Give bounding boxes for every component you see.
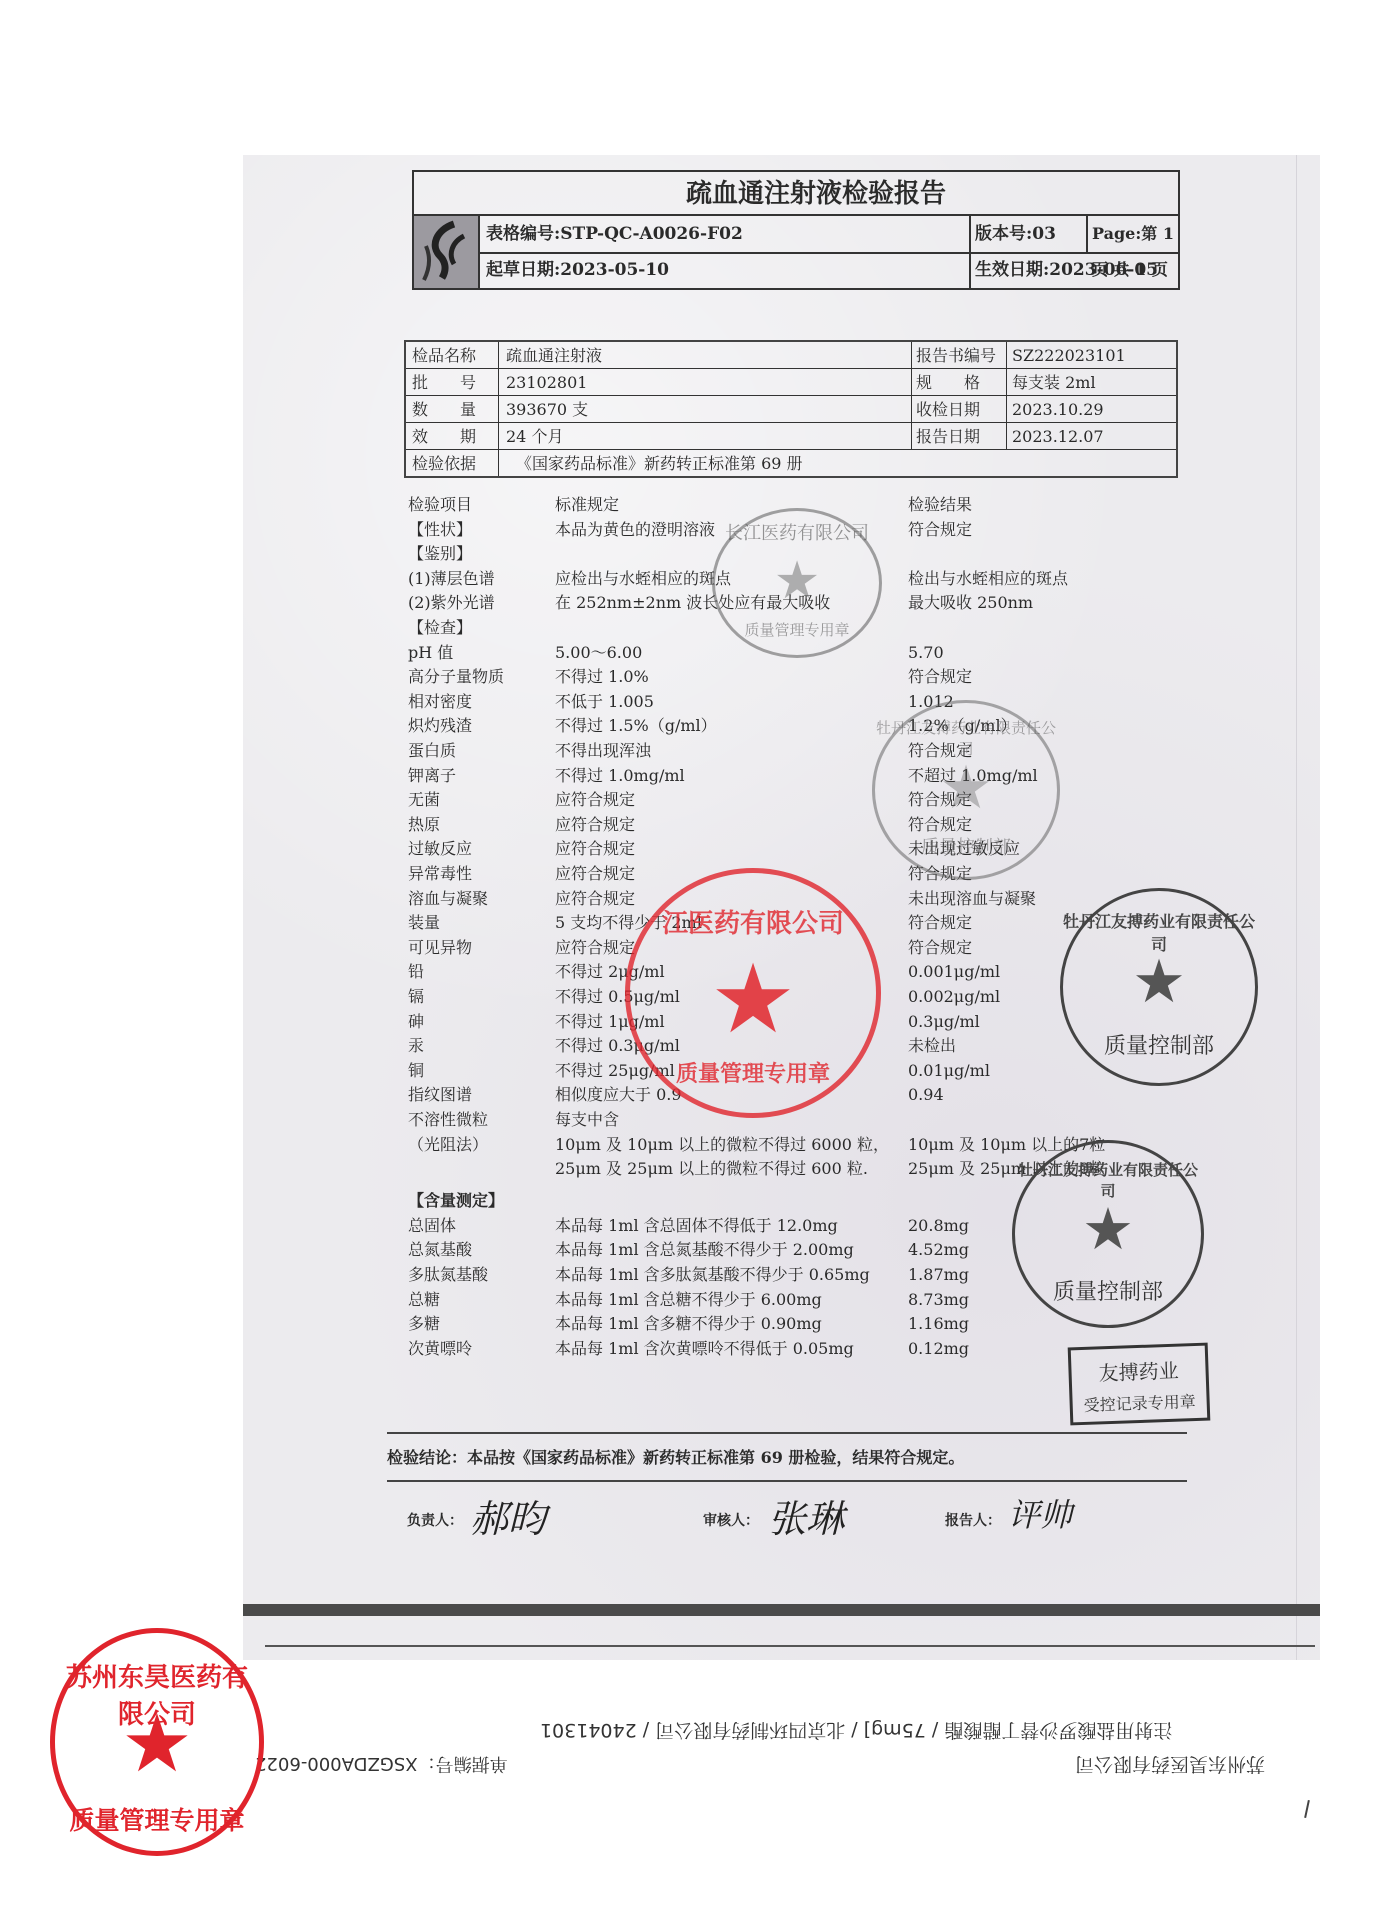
reviewer-label: 审核人： <box>703 1510 759 1530</box>
version-number: 版本号:03 <box>971 216 1056 252</box>
info-value: 每支装 2ml <box>1012 369 1096 396</box>
suzhou-quality-management-stamp: 苏州东昊医药有限公司 ★ 质量管理专用章 <box>50 1628 264 1856</box>
test-item: 总糖 <box>408 1287 440 1312</box>
test-standard: 不得过 1.0mg/ml <box>555 763 685 788</box>
test-item: 相对密度 <box>408 689 472 714</box>
paper-fold-line <box>1296 155 1297 1660</box>
form-number: 表格编号:STP-QC-A0026-F02 <box>482 216 743 252</box>
test-item: (1)薄层色谱 <box>408 566 495 591</box>
test-result: 符合规定 <box>908 935 972 960</box>
test-item: 无菌 <box>408 787 440 812</box>
test-item: 装量 <box>408 910 440 935</box>
flipped-document-number: 单据编号：XSGZDA000-6022 <box>255 1752 508 1778</box>
info-value: 23102801 <box>506 369 587 396</box>
test-standard: 本品每 1ml 含总固体不得低于 12.0mg <box>555 1213 838 1238</box>
basis-label: 检验依据 <box>412 450 476 477</box>
test-standard: 5.00～6.00 <box>555 640 642 665</box>
test-item: 热原 <box>408 812 440 837</box>
test-standard: 本品每 1ml 含多糖不得少于 0.90mg <box>555 1311 822 1336</box>
reporter-signature: 评帅 <box>1008 1490 1072 1536</box>
test-item: 次黄嘌呤 <box>408 1336 472 1361</box>
stamp-line-2: 受控记录专用章 <box>1072 1389 1207 1417</box>
effective-date: 生效日期:2023-06-05 <box>971 252 1158 288</box>
test-item: 溶血与凝聚 <box>408 886 488 911</box>
test-result: 0.3μg/ml <box>908 1009 980 1034</box>
test-item: 蛋白质 <box>408 738 456 763</box>
info-label: 报告日期 <box>916 423 980 450</box>
stamp-center-text: 质量管理专用章 <box>55 1801 259 1837</box>
content-section-header: 【含量测定】 <box>408 1188 504 1213</box>
mudanjiang-quality-control-stamp: 牡丹江友搏药业有限责任公司 ★ 质量控制部 <box>1060 888 1258 1086</box>
test-result: 未检出 <box>908 1033 956 1058</box>
flipped-product-line: 注射用盐酸罗沙替丁醋酸酯 / 75mg] / 北京四环制药有限公司 / 2404… <box>540 1718 1172 1745</box>
test-item: 总固体 <box>408 1213 456 1238</box>
test-item: 汞 <box>408 1033 424 1058</box>
test-item: 异常毒性 <box>408 861 472 886</box>
test-result: 1.87mg <box>908 1262 969 1287</box>
red-quality-stamp: 江医药有限公司 ★ 质量管理专用章 <box>625 868 881 1118</box>
test-item: 铅 <box>408 959 424 984</box>
test-item: 砷 <box>408 1009 424 1034</box>
test-standard: 应检出与水蛭相应的斑点 <box>555 566 731 591</box>
stamp-center-text: 质量控制部 <box>1015 1275 1201 1306</box>
info-value: 393670 支 <box>506 396 588 423</box>
test-item: 【检查】 <box>408 615 472 640</box>
test-item: 镉 <box>408 984 424 1009</box>
draft-date: 起草日期:2023-05-10 <box>482 252 669 288</box>
test-item: 钾离子 <box>408 763 456 788</box>
info-value: SZ222023101 <box>1012 342 1126 369</box>
info-label: 批 号 <box>412 369 476 396</box>
test-standard: 应符合规定 <box>555 886 635 911</box>
column-header-result: 检验结果 <box>908 492 972 517</box>
info-value: 24 个月 <box>506 423 563 450</box>
test-item: 【性状】 <box>408 517 472 542</box>
test-result: 0.01μg/ml <box>908 1058 990 1083</box>
stamp-center-text: 质量控制部 <box>875 833 1057 859</box>
table-divider <box>1006 342 1007 449</box>
divider <box>387 1432 1187 1434</box>
test-standard: 本品每 1ml 含次黄嘌呤不得低于 0.05mg <box>555 1336 854 1361</box>
mudanjiang-stamp-faint: 牡丹江友搏药业有限责任公司 ★ 质量控制部 <box>872 700 1060 880</box>
test-result: 0.94 <box>908 1082 944 1107</box>
info-label: 检品名称 <box>412 342 476 369</box>
sample-info-table: 检品名称 疏血通注射液 报告书编号 SZ222023101 批 号 231028… <box>404 340 1178 478</box>
test-result: 8.73mg <box>908 1287 969 1312</box>
reporter-label: 报告人： <box>945 1510 1001 1530</box>
stamp-center-text: 质量管理专用章 <box>630 1057 876 1088</box>
flipped-company-line: 苏州东昊医药有限公司 <box>1075 1752 1265 1779</box>
test-result: 符合规定 <box>908 664 972 689</box>
stamp-center-text: 质量控制部 <box>1063 1029 1255 1060</box>
test-item: 过敏反应 <box>408 836 472 861</box>
star-icon: ★ <box>715 551 879 611</box>
test-item: 炽灼残渣 <box>408 713 472 738</box>
column-header-standard: 标准规定 <box>555 492 619 517</box>
test-item: (2)紫外光谱 <box>408 590 495 615</box>
test-standard: 应符合规定 <box>555 861 635 886</box>
test-item: 总氮基酸 <box>408 1237 472 1262</box>
test-item: 不溶性微粒 <box>408 1107 488 1132</box>
test-item: 指纹图谱 <box>408 1082 472 1107</box>
test-standard: 本品为黄色的澄明溶液 <box>555 517 715 542</box>
test-standard: 应符合规定 <box>555 812 635 837</box>
test-result: 0.12mg <box>908 1336 969 1361</box>
test-standard: 25μm 及 25μm 以上的微粒不得过 600 粒. <box>555 1156 868 1181</box>
info-label: 数 量 <box>412 396 476 423</box>
report-title: 疏血通注射液检验报告 <box>414 172 1178 216</box>
scan-edge-bar <box>243 1604 1320 1616</box>
test-item: （光阻法） <box>408 1132 488 1157</box>
company-logo-icon <box>414 216 480 288</box>
info-label: 效 期 <box>412 423 476 450</box>
test-result: 最大吸收 250nm <box>908 590 1033 615</box>
test-conclusion: 检验结论：本品按《国家药品标准》新药转正标准第 69 册检验，结果符合规定。 <box>387 1445 964 1468</box>
test-standard: 应符合规定 <box>555 935 635 960</box>
stamp-ring-text: 江医药有限公司 <box>630 903 876 940</box>
test-item: 可见异物 <box>408 935 472 960</box>
test-result: 符合规定 <box>908 517 972 542</box>
test-result: 符合规定 <box>908 910 972 935</box>
mark <box>1304 1800 1310 1818</box>
table-divider <box>498 342 499 476</box>
mudanjiang-quality-control-stamp-2: 牡丹江友搏药业有限责任公司 ★ 质量控制部 <box>1012 1140 1204 1328</box>
divider <box>265 1645 1315 1647</box>
divider <box>387 1480 1187 1482</box>
test-result: 5.70 <box>908 640 944 665</box>
info-label: 报告书编号 <box>916 342 996 369</box>
test-result: 0.001μg/ml <box>908 959 1000 984</box>
test-standard: 本品每 1ml 含总氮基酸不得少于 2.00mg <box>555 1237 854 1262</box>
test-standard: 10μm 及 10μm 以上的微粒不得过 6000 粒， <box>555 1132 889 1157</box>
test-item: 多肽氮基酸 <box>408 1262 488 1287</box>
star-icon: ★ <box>1015 1195 1201 1263</box>
test-result: 0.002μg/ml <box>908 984 1000 1009</box>
test-standard: 本品每 1ml 含总糖不得少于 6.00mg <box>555 1287 822 1312</box>
responsible-label: 负责人： <box>407 1510 463 1530</box>
test-item: 铜 <box>408 1058 424 1083</box>
test-item: 【鉴别】 <box>408 541 472 566</box>
test-item: 高分子量物质 <box>408 664 504 689</box>
test-item: 多糖 <box>408 1311 440 1336</box>
info-value: 疏血通注射液 <box>506 342 602 369</box>
column-header-item: 检验项目 <box>408 492 472 517</box>
stamp-ring-text: 长江医药有限公司 <box>715 519 879 545</box>
test-standard: 应符合规定 <box>555 787 635 812</box>
controlled-record-stamp: 友搏药业 受控记录专用章 <box>1068 1343 1211 1426</box>
star-icon: ★ <box>55 1697 259 1790</box>
test-standard: 不得过 1.5%（g/ml） <box>555 713 717 738</box>
stamp-center-text: 质量管理专用章 <box>715 619 879 640</box>
test-item: pH 值 <box>408 640 453 665</box>
test-result: 20.8mg <box>908 1213 969 1238</box>
test-standard: 每支中含 <box>555 1107 619 1132</box>
star-icon: ★ <box>1063 947 1255 1017</box>
info-label: 规 格 <box>916 369 980 396</box>
info-label: 收检日期 <box>916 396 980 423</box>
stamp-line-1: 友搏药业 <box>1071 1354 1206 1388</box>
changjiang-quality-stamp: 长江医药有限公司 ★ 质量管理专用章 <box>712 508 882 658</box>
test-standard: 应符合规定 <box>555 836 635 861</box>
test-result: 检出与水蛭相应的斑点 <box>908 566 1068 591</box>
star-icon: ★ <box>875 753 1057 823</box>
test-result: 未出现溶血与凝聚 <box>908 886 1036 911</box>
table-divider <box>911 342 912 449</box>
test-standard: 本品每 1ml 含多肽氮基酸不得少于 0.65mg <box>555 1262 870 1287</box>
test-result: 4.52mg <box>908 1237 969 1262</box>
info-value: 2023.10.29 <box>1012 396 1104 423</box>
test-standard: 不得过 1.0% <box>555 664 649 689</box>
report-header: 疏血通注射液检验报告 表格编号:STP-QC-A0026-F02 版本号:03 … <box>412 170 1180 290</box>
basis-value: 《国家药品标准》新药转正标准第 69 册 <box>516 450 803 477</box>
info-value: 2023.12.07 <box>1012 423 1104 450</box>
star-icon: ★ <box>630 943 876 1055</box>
test-result: 1.16mg <box>908 1311 969 1336</box>
test-standard: 不低于 1.005 <box>555 689 654 714</box>
test-standard: 不得出现浑浊 <box>555 738 651 763</box>
reviewer-signature: 张琳 <box>768 1488 844 1543</box>
responsible-signature: 郝昀 <box>470 1488 546 1543</box>
